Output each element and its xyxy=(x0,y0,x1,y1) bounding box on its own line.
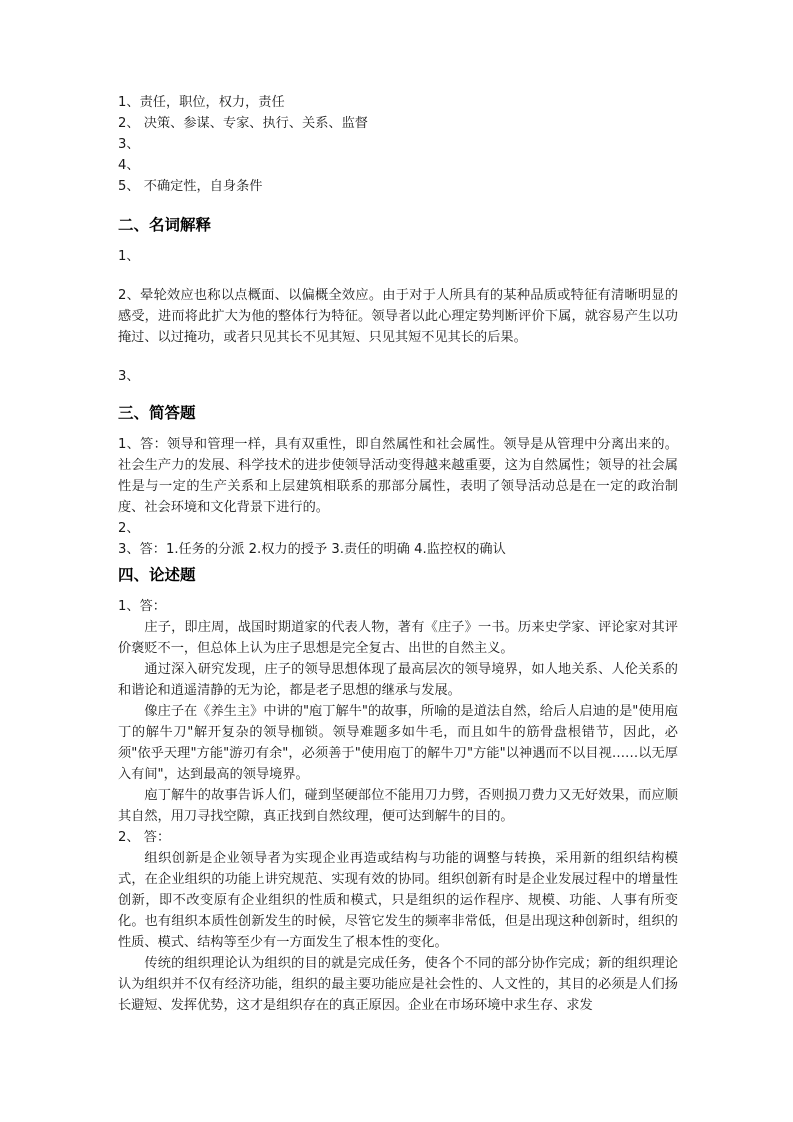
answer-line-2: 2、 决策、参谋、专家、执行、关系、监督 xyxy=(118,113,678,134)
answer-line-4: 4、 xyxy=(118,155,678,176)
term-1: 1、 xyxy=(118,246,678,267)
essay-1-label: 1、答： xyxy=(118,596,678,617)
section-fill-in-answers: 1、责任，职位，权力，责任 2、 决策、参谋、专家、执行、关系、监督 3、 4、… xyxy=(118,92,678,197)
section-heading: 二、名词解释 xyxy=(118,214,678,236)
section-short-answer: 三、简答题 1、答：领导和管理一样，具有双重性，即自然属性和社会属性。领导是从管… xyxy=(118,396,678,560)
essay-1-paragraph: 像庄子在《养生主》中讲的"庖丁解牛"的故事，所喻的是道法自然，给后人启迪的是"使… xyxy=(118,701,678,785)
term-2: 2、晕轮效应也称以点概面、以偏概全效应。由于对于人所具有的某种品质或特征有清晰明… xyxy=(118,285,678,348)
answer-line-5: 5、 不确定性，自身条件 xyxy=(118,176,678,197)
answer-line-3: 3、 xyxy=(118,134,678,155)
essay-1-paragraph: 庄子，即庄周，战国时期道家的代表人物，著有《庄子》一书。历来史学家、评论家对其评… xyxy=(118,617,678,659)
section-heading: 三、简答题 xyxy=(118,402,678,424)
term-3: 3、 xyxy=(118,366,678,387)
section-heading: 四、论述题 xyxy=(118,564,678,586)
answer-line-1: 1、责任，职位，权力，责任 xyxy=(118,92,678,113)
essay-1-paragraph: 庖丁解牛的故事告诉人们，碰到坚硬部位不能用刀力劈，否则损刀费力又无好效果，而应顺… xyxy=(118,785,678,827)
essay-2-paragraph: 传统的组织理论认为组织的目的就是完成任务，使各个不同的部分协作完成；新的组织理论… xyxy=(118,953,678,1016)
short-answer-1: 1、答：领导和管理一样，具有双重性，即自然属性和社会属性。领导是从管理中分离出来… xyxy=(118,434,678,518)
section-essay: 四、论述题 1、答： 庄子，即庄周，战国时期道家的代表人物，著有《庄子》一书。历… xyxy=(118,558,678,1016)
short-answer-3: 3、答：1.任务的分派 2.权力的授予 3.责任的明确 4.监控权的确认 xyxy=(118,539,678,560)
essay-2-paragraph: 组织创新是企业领导者为实现企业再造或结构与功能的调整与转换，采用新的组织结构模式… xyxy=(118,848,678,953)
essay-1-paragraph: 通过深入研究发现，庄子的领导思想体现了最高层次的领导境界，如人地关系、人伦关系的… xyxy=(118,659,678,701)
section-term-explanation: 二、名词解释 1、 2、晕轮效应也称以点概面、以偏概全效应。由于对于人所具有的某… xyxy=(118,208,678,387)
essay-2-label: 2、 答： xyxy=(118,827,678,848)
short-answer-2: 2、 xyxy=(118,518,678,539)
